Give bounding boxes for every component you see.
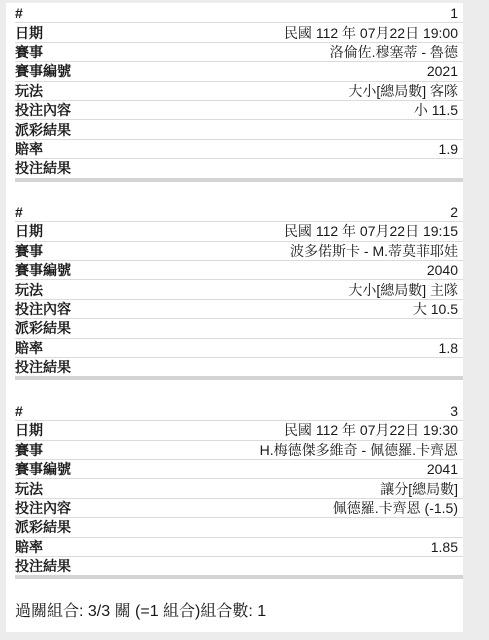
event-label: 賽事 — [15, 242, 43, 260]
row-bet-result: 投注結果 — [15, 159, 463, 181]
bet-content-value: 佩德羅.卡齊恩 (-1.5) — [333, 499, 458, 517]
event-value: H.梅德傑多維奇 - 佩德羅.卡齊恩 — [260, 441, 458, 459]
row-odds: 賠率 1.85 — [15, 538, 463, 557]
play-type-label: 玩法 — [15, 82, 43, 100]
odds-value: 1.85 — [431, 538, 458, 556]
event-id-value: 2040 — [427, 261, 458, 279]
row-bet-result: 投注結果 — [15, 557, 463, 579]
date-label: 日期 — [15, 421, 43, 439]
bet-leg-2: # 2 日期 民國 112 年 07月22日 19:15 賽事 波多偌斯卡 - … — [15, 203, 463, 381]
row-date: 日期 民國 112 年 07月22日 19:30 — [15, 421, 463, 440]
row-event: 賽事 波多偌斯卡 - M.蒂莫菲耶娃 — [15, 242, 463, 261]
bet-content-value: 大 10.5 — [413, 300, 458, 318]
row-event-id: 賽事編號 2040 — [15, 261, 463, 280]
odds-label: 賠率 — [15, 140, 43, 158]
row-odds: 賠率 1.9 — [15, 140, 463, 159]
row-event: 賽事 H.梅德傑多維奇 - 佩德羅.卡齊恩 — [15, 441, 463, 460]
number-label: # — [15, 402, 23, 420]
row-event-id: 賽事編號 2041 — [15, 460, 463, 479]
payout-result-label: 派彩結果 — [15, 518, 71, 536]
event-id-value: 2021 — [427, 62, 458, 80]
bet-content-label: 投注內容 — [15, 499, 71, 517]
date-label: 日期 — [15, 24, 43, 42]
bet-result-label: 投注結果 — [15, 159, 71, 177]
row-payout-result: 派彩結果 — [15, 319, 463, 338]
number-label: # — [15, 4, 23, 22]
odds-value: 1.8 — [439, 339, 458, 357]
event-value: 洛倫佐.穆塞蒂 - 魯德 — [330, 43, 458, 61]
row-play-type: 玩法 大小[總局數] 主隊 — [15, 280, 463, 299]
play-type-value: 大小[總局數] 主隊 — [348, 281, 458, 299]
bet-leg-3: # 3 日期 民國 112 年 07月22日 19:30 賽事 H.梅德傑多維奇… — [15, 402, 463, 580]
row-payout-result: 派彩結果 — [15, 518, 463, 537]
row-bet-content: 投注內容 大 10.5 — [15, 300, 463, 319]
date-value: 民國 112 年 07月22日 19:30 — [284, 421, 458, 439]
event-id-label: 賽事編號 — [15, 460, 71, 478]
bet-result-label: 投注結果 — [15, 358, 71, 376]
number-label: # — [15, 203, 23, 221]
odds-value: 1.9 — [439, 140, 458, 158]
row-number: # 3 — [15, 402, 463, 421]
row-event: 賽事 洛倫佐.穆塞蒂 - 魯德 — [15, 43, 463, 62]
bet-content-label: 投注內容 — [15, 101, 71, 119]
play-type-value: 大小[總局數] 客隊 — [348, 82, 458, 100]
payout-result-label: 派彩結果 — [15, 319, 71, 337]
row-odds: 賠率 1.8 — [15, 339, 463, 358]
bet-leg-1: # 1 日期 民國 112 年 07月22日 19:00 賽事 洛倫佐.穆塞蒂 … — [15, 4, 463, 182]
row-bet-content: 投注內容 佩德羅.卡齊恩 (-1.5) — [15, 499, 463, 518]
play-type-value: 讓分[總局數] — [380, 480, 458, 498]
row-bet-result: 投注結果 — [15, 358, 463, 380]
number-value: 1 — [450, 4, 458, 22]
bet-result-label: 投注結果 — [15, 557, 71, 575]
date-label: 日期 — [15, 222, 43, 240]
play-type-label: 玩法 — [15, 281, 43, 299]
event-label: 賽事 — [15, 43, 43, 61]
event-value: 波多偌斯卡 - M.蒂莫菲耶娃 — [290, 242, 458, 260]
event-id-label: 賽事編號 — [15, 261, 71, 279]
payout-result-label: 派彩結果 — [15, 121, 71, 139]
row-play-type: 玩法 大小[總局數] 客隊 — [15, 82, 463, 101]
date-value: 民國 112 年 07月22日 19:15 — [284, 222, 458, 240]
row-date: 日期 民國 112 年 07月22日 19:00 — [15, 23, 463, 42]
parlay-summary: 過關組合: 3/3 關 (=1 組合)組合數: 1 — [15, 601, 463, 623]
row-number: # 1 — [15, 4, 463, 23]
odds-label: 賠率 — [15, 339, 43, 357]
row-event-id: 賽事編號 2021 — [15, 62, 463, 81]
row-payout-result: 派彩結果 — [15, 120, 463, 139]
number-value: 2 — [450, 203, 458, 221]
row-date: 日期 民國 112 年 07月22日 19:15 — [15, 222, 463, 241]
odds-label: 賠率 — [15, 538, 43, 556]
row-bet-content: 投注內容 小 11.5 — [15, 101, 463, 120]
event-label: 賽事 — [15, 441, 43, 459]
bet-details-panel: # 1 日期 民國 112 年 07月22日 19:00 賽事 洛倫佐.穆塞蒂 … — [6, 3, 463, 632]
event-id-label: 賽事編號 — [15, 62, 71, 80]
date-value: 民國 112 年 07月22日 19:00 — [284, 24, 458, 42]
event-id-value: 2041 — [427, 460, 458, 478]
play-type-label: 玩法 — [15, 480, 43, 498]
bet-content-value: 小 11.5 — [414, 101, 458, 119]
row-number: # 2 — [15, 203, 463, 222]
bet-content-label: 投注內容 — [15, 300, 71, 318]
number-value: 3 — [450, 402, 458, 420]
row-play-type: 玩法 讓分[總局數] — [15, 479, 463, 498]
